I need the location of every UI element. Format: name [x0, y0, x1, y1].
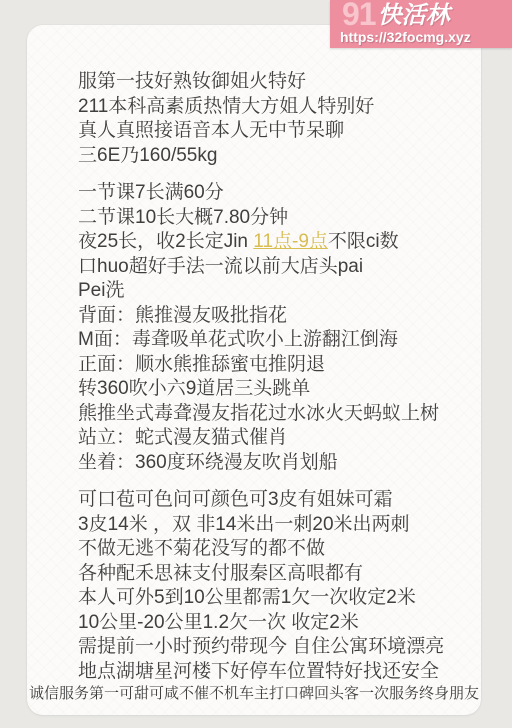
text-line: 本人可外5到10公里都需1欠一次收定2米	[78, 586, 458, 611]
night-line-post: 不限ci数	[328, 231, 399, 252]
night-line-pre: 夜25长，收2长定Jin	[78, 231, 253, 252]
text-line-with-link: 夜25长，收2长定Jin 11点-9点不限ci数	[78, 230, 458, 255]
text-line: 正面：顺水熊推舔蜜屯推阴退	[78, 353, 458, 378]
text-line: 10公里-20公里1.2欠一次 收定2米	[78, 611, 458, 636]
text-line: 熊推坐式毒聋漫友指花过水冰火天蚂蚁上树	[78, 402, 458, 427]
text-line: 211本科高素质热情大方姐人特别好	[78, 95, 458, 120]
text-line: 站立：蛇式漫友猫式催肖	[78, 426, 458, 451]
time-range-link[interactable]: 11点-9点	[253, 231, 328, 252]
footer-slogan: 诚信服务第一可甜可咸不催不机车主打口碑回头客一次服务终身朋友	[27, 682, 481, 703]
watermark-url: https://32focmg.xyz	[330, 28, 512, 47]
watermark-brand: 91 快活林	[330, 0, 512, 28]
rules-paragraph: 可口苞可色问可颜色可3皮有姐妹可霜 3皮14米 ，双 非14米出一刺20米出两刺…	[78, 488, 458, 684]
paper-card: 服第一技好熟钕御姐火特好 211本科高素质热情大方姐人特别好 真人真照接语音本人…	[27, 25, 481, 715]
text-line: 背面：熊推漫友吸批指花	[78, 304, 458, 329]
text-line: 各种配禾思袜支付服秦区高哏都有	[78, 562, 458, 587]
watermark-brand-name: 快活林	[378, 2, 450, 28]
watermark-brand-number: 91	[342, 0, 376, 28]
text-line: 坐着：360度环绕漫友吹肖划船	[78, 451, 458, 476]
services-paragraph: 一节课7长满60分 二节课10长大概7.80分钟 夜25长，收2长定Jin 11…	[78, 181, 458, 475]
text-line: 需提前一小时预约带现今 自住公寓环境漂亮	[78, 635, 458, 660]
text-line: 真人真照接语音本人无中节呆聊	[78, 119, 458, 144]
text-line: 可口苞可色问可颜色可3皮有姐妹可霜	[78, 488, 458, 513]
text-line: Pei洗	[78, 279, 458, 304]
text-line: 转360吹小六9道居三头跳单	[78, 377, 458, 402]
text-line: 三6E乃160/55kg	[78, 144, 458, 169]
text-line: 口huo超好手法一流以前大店头pai	[78, 255, 458, 280]
text-line: 3皮14米 ，双 非14米出一刺20米出两刺	[78, 513, 458, 538]
text-line: 二节课10长大概7.80分钟	[78, 206, 458, 231]
watermark-badge: 91 快活林 https://32focmg.xyz	[330, 0, 512, 48]
text-line: 一节课7长满60分	[78, 181, 458, 206]
intro-paragraph: 服第一技好熟钕御姐火特好 211本科高素质热情大方姐人特别好 真人真照接语音本人…	[78, 70, 458, 168]
ad-text-body: 服第一技好熟钕御姐火特好 211本科高素质热情大方姐人特别好 真人真照接语音本人…	[78, 70, 458, 684]
text-line: 不做无逃不菊花没写的都不做	[78, 537, 458, 562]
text-line: 服第一技好熟钕御姐火特好	[78, 70, 458, 95]
text-line: M面：毒聋吸单花式吹小上游翻江倒海	[78, 328, 458, 353]
text-line: 地点湖塘星河楼下好停车位置特好找还安全	[78, 660, 458, 685]
